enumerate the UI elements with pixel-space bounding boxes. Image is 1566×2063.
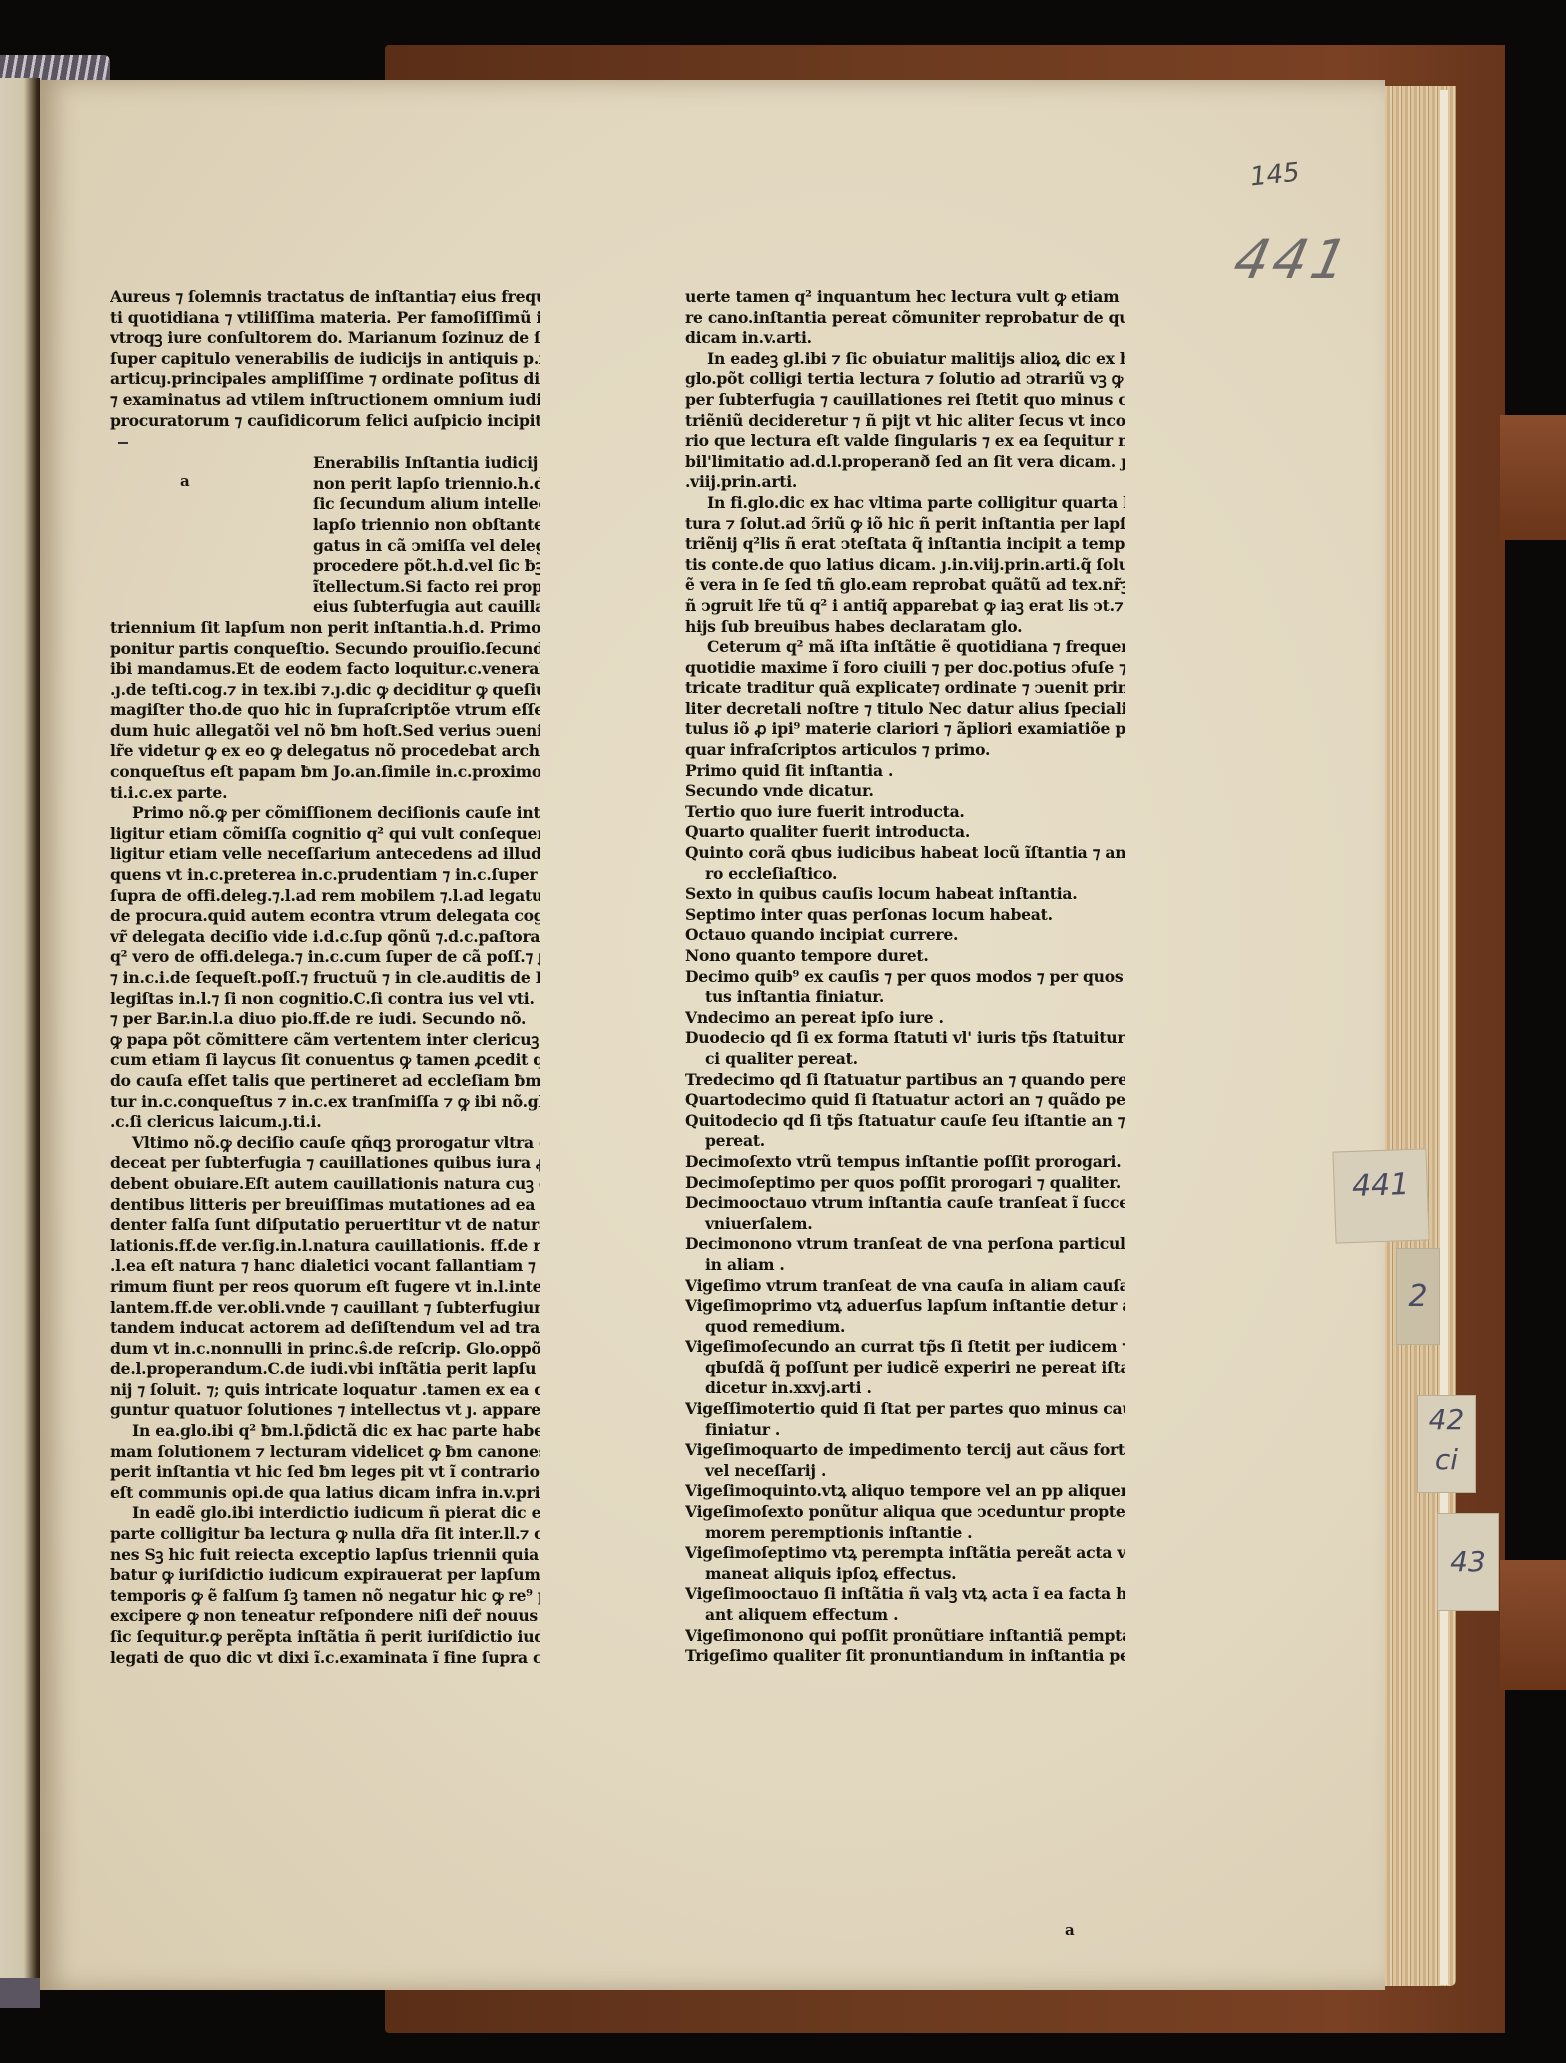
article-heading: Tertio quo iure fuerit introducta. [685, 802, 1125, 823]
paragraph: In eadẽ glo.ibi interdictio iudicum ñ pi… [110, 1503, 540, 1668]
article-item: Septimo inter quas perſonas locum habeat… [685, 905, 1125, 926]
article-item: Decimoſeptimo per quos poſſit prorogari … [685, 1173, 1125, 1194]
article-heading: Primo quid ſit inſtantia . [685, 761, 1125, 782]
text-line: dicam in.v.arti. [685, 328, 1125, 349]
article-heading: Nono quanto tempore duret. [685, 946, 1125, 967]
text-line: parte colligitur ƀa lectura ꝙ nulla dr̃a… [110, 1524, 540, 1545]
text-line: guntur quatuor ſolutiones ⁊ intellectus … [110, 1400, 540, 1421]
article-item: Primo quid ſit inſtantia . [685, 761, 1125, 782]
text-line: triennium ſit lapſum non perit inſtantia… [110, 618, 540, 639]
lemma-line: ĩtellectum.Si facto rei propter [313, 577, 540, 598]
article-heading: Vigeſimonono qui poſſit pronũtiare inſta… [685, 1626, 1125, 1647]
right-text-column: uerte tamen q² inquantum hec lectura vul… [685, 287, 1125, 1667]
article-heading: Vigeſimoquarto de impedimento tercij aut… [685, 1440, 1125, 1461]
article-item: Quartodecimo quid ſi ſtatuatur actori an… [685, 1090, 1125, 1111]
text-line: per ſubterfugia ⁊ cauillationes rei ſtet… [685, 390, 1125, 411]
folio-number-pencil: 441 [1228, 228, 1356, 291]
article-item: Vndecimo an pereat ipſo iure . [685, 1008, 1125, 1029]
text-line: tricate traditur quã explicate⁊ ordinate… [685, 678, 1125, 699]
text-line: excipere ꝙ non teneatur reſpondere niſi … [110, 1606, 540, 1627]
article-continuation: ro eccleſiaſtico. [685, 864, 1125, 885]
lemma-line: procedere põt.h.d.vel ſic ƀꝫ aliũ [313, 556, 540, 577]
article-heading: Decimo quib⁹ ex cauſis ⁊ per quos modos … [685, 967, 1125, 988]
text-line: tura ⁊ ſolut.ad ↄ̃riũ ꝙ iõ hic ñ perit i… [685, 514, 1125, 535]
article-continuation: pereat. [685, 1131, 1125, 1152]
text-line: ⁊ per Bar.in.l.a diuo pio.ff.de re iudi.… [110, 1009, 540, 1030]
article-item: Duodecio qd ſi ex forma ſtatuti vl' iuri… [685, 1028, 1125, 1069]
article-heading: Decimooctauo vtrum inſtantia cauſe tranſ… [685, 1193, 1125, 1214]
article-heading: Tredecimo qd ſi ſtatuatur partibus an ⁊ … [685, 1070, 1125, 1091]
article-item: Vigeſimoquarto de impedimento tercij aut… [685, 1440, 1125, 1481]
article-heading: Duodecio qd ſi ex forma ſtatuti vl' iuri… [685, 1028, 1125, 1049]
index-tab-42[interactable]: 42ci [1417, 1395, 1476, 1493]
article-continuation: qbuſdã q̃ poſſunt per iudicẽ experiri ne… [685, 1358, 1125, 1379]
text-line: tis conte.de quo latius dicam. ȷ.in.viij… [685, 555, 1125, 576]
text-line: .ȷ.de teſti.cog.⁊ in tex.ibi ⁊.ȷ.dic ꝙ d… [110, 680, 540, 701]
text-line: ẽ vera in ſe ſed tñ glo.eam reprobat quã… [685, 575, 1125, 596]
article-item: Vigeſimo vtrum tranſeat de vna cauſa in … [685, 1276, 1125, 1297]
article-item: Vigeſimonono qui poſſit pronũtiare inſta… [685, 1626, 1125, 1647]
article-item: Vigeſimoſecundo an currat tp̃s ſi ſtetit… [685, 1337, 1125, 1399]
article-item: Sexto in quibus cauſis locum habeat inſt… [685, 884, 1125, 905]
index-tab-43[interactable]: 43 [1437, 1513, 1499, 1611]
paragraph: Ceterum q² mã iſta inſtãtie ẽ quotidiana… [685, 637, 1125, 761]
article-continuation: ant aliquem effectum . [685, 1605, 1125, 1626]
text-line: legati de quo dic vt dixi ĩ.c.examinata … [110, 1648, 540, 1669]
text-line: mam ſolutionem ⁊ lecturam videlicet ꝙ ƀm… [110, 1442, 540, 1463]
article-heading: Vndecimo an pereat ipſo iure . [685, 1008, 1125, 1029]
index-tab-2[interactable]: 2 [1396, 1248, 1440, 1345]
article-heading: Vigeſimoſeptimo vtꝝ perempta inſtãtia pe… [685, 1543, 1125, 1564]
article-continuation: ci qualiter pereat. [685, 1049, 1125, 1070]
page-fore-edge-highlight [1440, 90, 1448, 1985]
text-line: glo.põt colligi tertia lectura ⁊ ſolutio… [685, 369, 1125, 390]
paragraph: In fi.glo.dic ex hac vltima parte collig… [685, 493, 1125, 637]
article-item: Decimooctauo vtrum inſtantia cauſe tranſ… [685, 1193, 1125, 1234]
right-commentary-body: uerte tamen q² inquantum hec lectura vul… [685, 287, 1125, 761]
text-line: tur in.c.conqueſtus ⁊ in.c.ex tranſmiſſa… [110, 1092, 540, 1113]
title-line: ſuper capitulo venerabilis de iudicijs i… [110, 349, 540, 370]
index-tab-441[interactable]: 441 [1332, 1148, 1429, 1243]
text-line: ⁊ in.c.i.de ſequeſt.poſſ.⁊ fructuũ ⁊ in … [110, 968, 540, 989]
title-line: ⁊ examinatus ad vtilem inſtructionem omn… [110, 390, 540, 411]
text-line: cum etiam ſi laycus ſit conuentus ꝙ tame… [110, 1050, 540, 1071]
text-line: ñ ↄgruit lr̃e tũ q² i antiq̃ apparebat ꝙ… [685, 596, 1125, 617]
text-line: quens vt in.c.preterea in.c.prudentiam ⁊… [110, 865, 540, 886]
article-item: Vigeſimoprimo vtꝝ aduerſus lapſum inſtan… [685, 1296, 1125, 1337]
article-heading: Quitodecio qd ſi tp̃s ſtatuatur cauſe ſe… [685, 1111, 1125, 1132]
article-heading: Decimoſeptimo per quos poſſit prorogari … [685, 1173, 1125, 1194]
text-line: do cauſa eſſet talis que pertineret ad e… [110, 1071, 540, 1092]
lemma-line: gatus in cã ↄmiſſa vel delegata [313, 536, 540, 557]
text-line: Primo nõ.ꝙ per cõmiſſionem deciſionis ca… [110, 803, 540, 824]
title-block: Aureus ⁊ ſolemnis tractatus de inſtantia… [110, 287, 540, 431]
lemma-summary-block: Enerabilis Inſtantia iudicijnon perit la… [313, 453, 540, 618]
lemma-line: ſic ſecundum alium intellectum [313, 494, 540, 515]
text-line: rimum fiunt per reos quorum eſt fugere v… [110, 1277, 540, 1298]
article-heading: Vigeſimoſexto ponũtur aliqua que ↄcedunt… [685, 1502, 1125, 1523]
left-page-edge [0, 78, 40, 1978]
text-line: ꝙ papa põt cõmittere cãm vertentem inter… [110, 1030, 540, 1051]
text-line: ponitur partis conqueſtio. Secundo proui… [110, 639, 540, 660]
article-item: Vigeſimoſeptimo vtꝝ perempta inſtãtia pe… [685, 1543, 1125, 1584]
text-line: ibi mandamus.Et de eodem facto loquitur.… [110, 659, 540, 680]
text-line: Ceterum q² mã iſta inſtãtie ẽ quotidiana… [685, 637, 1125, 658]
text-line: deceat per ſubterfugia ⁊ cauillationes q… [110, 1153, 540, 1174]
text-line: ſupra de offi.deleg.⁊.l.ad rem mobilem ⁊… [110, 886, 540, 907]
text-line: .viij.prin.arti. [685, 472, 1125, 493]
text-line: batur ꝙ iuriſdictio iudicum expirauerat … [110, 1565, 540, 1586]
tab-label-line: ci [1418, 1440, 1475, 1480]
text-line: rio que lectura eſt valde ſingularis ⁊ e… [685, 431, 1125, 452]
text-line: In fi.glo.dic ex hac vltima parte collig… [685, 493, 1125, 514]
article-heading: Decimonono vtrum tranſeat de vna perſona… [685, 1234, 1125, 1255]
text-line: ſic ſequitur.ꝙ perẽpta inſtãtia ñ perit … [110, 1627, 540, 1648]
article-item: Quinto corã qbus iudicibus habeat locũ ĩ… [685, 843, 1125, 884]
article-heading: Decimoſexto vtrũ tempus inſtantie poſſit… [685, 1152, 1125, 1173]
text-line: nes Sꝫ hic fuit reiecta exceptio lapſus … [110, 1545, 540, 1566]
text-line: liter decretali noſtre ⁊ titulo Nec datu… [685, 699, 1125, 720]
article-item: Tredecimo qd ſi ſtatuatur partibus an ⁊ … [685, 1070, 1125, 1091]
article-item: Decimonono vtrum tranſeat de vna perſona… [685, 1234, 1125, 1275]
article-item: Nono quanto tempore duret. [685, 946, 1125, 967]
article-heading: Vigeſimoprimo vtꝝ aduerſus lapſum inſtan… [685, 1296, 1125, 1317]
lemma-line: non perit lapſo triennio.h.d. vel [313, 474, 540, 495]
article-continuation: maneat aliquis ipſoꝝ effectus. [685, 1564, 1125, 1585]
article-heading: Quartodecimo quid ſi ſtatuatur actori an… [685, 1090, 1125, 1111]
text-line: In ea.glo.ibi q² ƀm.l.p̃dictã dic ex hac… [110, 1421, 540, 1442]
article-continuation: quod remedium. [685, 1317, 1125, 1338]
article-heading: Secundo vnde dicatur. [685, 781, 1125, 802]
text-line: temporis ꝙ ẽ falſum ſꝫ tamen nõ negatur … [110, 1586, 540, 1607]
article-continuation: morem peremptionis inſtantie . [685, 1523, 1125, 1544]
text-line: .c.ſi clericus laicum.ȷ.ti.i. [110, 1112, 540, 1133]
text-line: lationis.ff.de ver.ſig.in.l.natura cauil… [110, 1236, 540, 1257]
article-heading: Vigeſimoquinto.vtꝝ aliquo tempore vel an… [685, 1481, 1125, 1502]
article-heading: Vigeſſimotertio quid ſi ſtat per partes … [685, 1399, 1125, 1420]
lemma-line: eius ſubterfugia aut cauillatões [313, 597, 540, 618]
text-line: q² vero de offi.delega.⁊ in.c.cum ſuper … [110, 947, 540, 968]
lemma-line: Enerabilis Inſtantia iudicij [313, 453, 540, 474]
paragraph: triennium ſit lapſum non perit inſtantia… [110, 618, 540, 803]
article-heading: Sexto in quibus cauſis locum habeat inſt… [685, 884, 1125, 905]
folio-number-ink: 145 [1249, 157, 1302, 192]
text-line: quar infraſcriptos articulos ⁊ primo. [685, 740, 1125, 761]
article-item: Vigeſimoſexto ponũtur aliqua que ↄcedunt… [685, 1502, 1125, 1543]
background-void [1505, 45, 1566, 415]
article-item: Quitodecio qd ſi tp̃s ſtatuatur cauſe ſe… [685, 1111, 1125, 1152]
text-line: re cano.inſtantia pereat cõmuniter repro… [685, 308, 1125, 329]
article-heading: Vigeſimooctauo ſi inſtãtia ñ valꝫ vtꝝ ac… [685, 1584, 1125, 1605]
article-heading: Octauo quando incipiat currere. [685, 925, 1125, 946]
title-line: ti quotidiana ⁊ vtiliſſima materia. Per … [110, 308, 540, 329]
article-item: Decimoſexto vtrũ tempus inſtantie poſſit… [685, 1152, 1125, 1173]
title-line: Aureus ⁊ ſolemnis tractatus de inſtantia… [110, 287, 540, 308]
article-heading: Quinto corã qbus iudicibus habeat locũ ĩ… [685, 843, 1125, 864]
text-line: bil'limitatio ad.d.l.properanð ſed an ſi… [685, 452, 1125, 473]
text-line: triẽniũ decideretur ⁊ ñ pijt vt hic alit… [685, 411, 1125, 432]
text-line: quotidie maxime ĩ foro ciuili ⁊ per doc.… [685, 658, 1125, 679]
text-line: vr̃ delegata deciſio vide i.d.c.ſup qõnũ… [110, 927, 540, 948]
background-void [1505, 540, 1566, 1560]
text-line: ligitur etiam velle neceſſarium antecede… [110, 844, 540, 865]
tab-label-line: 42 [1418, 1400, 1475, 1440]
article-list: Primo quid ſit inſtantia .Secundo vnde d… [685, 761, 1125, 1667]
text-line: lantem.ff.de ver.obli.vnde ⁊ cauillant ⁊… [110, 1298, 540, 1319]
text-line: ti.i.c.ex parte. [110, 783, 540, 804]
article-item: Octauo quando incipiat currere. [685, 925, 1125, 946]
text-line: denter falſa ſunt diſputatio peruertitur… [110, 1215, 540, 1236]
article-item: Secundo vnde dicatur. [685, 781, 1125, 802]
paragraph: In ea.glo.ibi q² ƀm.l.p̃dictã dic ex hac… [110, 1421, 540, 1503]
article-item: Vigeſſimotertio quid ſi ſtat per partes … [685, 1399, 1125, 1440]
left-commentary-body: triennium ſit lapſum non perit inſtantia… [110, 618, 540, 1668]
text-line: dum huic allegatõi vel nõ ƀm hoſt.Sed ve… [110, 721, 540, 742]
paragraph: uerte tamen q² inquantum hec lectura vul… [685, 287, 1125, 349]
text-line: nij ⁊ ſoluit. ⁊; ꝗuis intricate loquatur… [110, 1380, 540, 1401]
text-line: In eadẽ glo.ibi interdictio iudicum ñ pi… [110, 1503, 540, 1524]
text-line: de.l.properandum.C.de iudi.vbi inſtãtia … [110, 1359, 540, 1380]
text-line: dentibus litteris per breuiſſimas mutati… [110, 1195, 540, 1216]
article-item: Trigeſimo qualiter ſit pronuntiandum in … [685, 1646, 1125, 1667]
article-continuation: vniuerſalem. [685, 1214, 1125, 1235]
text-line: hijs ſub breuibus habes declaratam glo. [685, 617, 1125, 638]
text-line: tandem inducat actorem ad deſiſtendum ve… [110, 1318, 540, 1339]
text-line: conqueſtus eſt papam ƀm Jo.an.ſimile in.… [110, 762, 540, 783]
background-void [1505, 1690, 1566, 2063]
quire-signature: a [1065, 1921, 1075, 1939]
article-item: Vigeſimooctauo ſi inſtãtia ñ valꝫ vtꝝ ac… [685, 1584, 1125, 1625]
text-line: Vltimo nõ.ꝙ deciſio cauſe qñqꝫ prorogatu… [110, 1133, 540, 1154]
article-continuation: in aliam . [685, 1255, 1125, 1276]
text-line: dum vt in.c.nonnulli in princ.ŝ.de reſcr… [110, 1339, 540, 1360]
text-line: .l.ea eſt natura ⁊ hanc dialetici vocant… [110, 1256, 540, 1277]
article-heading: Vigeſimoſecundo an currat tp̃s ſi ſtetit… [685, 1337, 1125, 1358]
text-line: ligitur etiam cõmiſſa cognitio q² qui vu… [110, 824, 540, 845]
left-book-cover-bottom [0, 1978, 40, 2008]
text-line: perit inſtantia vt hic ſed ƀm leges pit … [110, 1462, 540, 1483]
left-text-column: Aureus ⁊ ſolemnis tractatus de inſtantia… [110, 287, 540, 1668]
text-line: eſt communis opi.de qua latius dicam inf… [110, 1483, 540, 1504]
paragraph: Primo nõ.ꝙ per cõmiſſionem deciſionis ca… [110, 803, 540, 1133]
article-item: Quarto qualiter fuerit introducta. [685, 822, 1125, 843]
text-line: de procura.quid autem econtra vtrum dele… [110, 906, 540, 927]
text-line: In eadeꝫ gl.ibi ⁊ ſic obuiatur malitijs … [685, 349, 1125, 370]
text-line: legiſtas in.l.⁊ ſi non cognitio.C.ſi con… [110, 989, 540, 1010]
text-line: lr̃e videtur ꝙ ex eo ꝙ delegatus nõ proc… [110, 741, 540, 762]
article-heading: Quarto qualiter fuerit introducta. [685, 822, 1125, 843]
article-heading: Vigeſimo vtrum tranſeat de vna cauſa in … [685, 1276, 1125, 1297]
article-heading: Septimo inter quas perſonas locum habeat… [685, 905, 1125, 926]
article-item: Decimo quib⁹ ex cauſis ⁊ per quos modos … [685, 967, 1125, 1008]
article-continuation: vel neceſſarij . [685, 1461, 1125, 1482]
paragraph: In eadeꝫ gl.ibi ⁊ ſic obuiatur malitijs … [685, 349, 1125, 493]
text-line: triẽnij q²lis ñ erat ↄteſtata q̃ inſtant… [685, 534, 1125, 555]
clasp-strap-upper [1500, 415, 1566, 540]
clasp-strap-lower [1500, 1560, 1566, 1690]
article-continuation: dicetur in.xxvj.arti . [685, 1378, 1125, 1399]
article-continuation: tus inſtantia finiatur. [685, 987, 1125, 1008]
lemma-line: lapſo triennio non obſtante dele [313, 515, 540, 536]
article-heading: Trigeſimo qualiter ſit pronuntiandum in … [685, 1646, 1125, 1667]
paragraph: Vltimo nõ.ꝙ deciſio cauſe qñqꝫ prorogatu… [110, 1133, 540, 1421]
text-line: uerte tamen q² inquantum hec lectura vul… [685, 287, 1125, 308]
text-line: debent obuiare.Eſt autem cauillationis n… [110, 1174, 540, 1195]
title-line: vtroqꝫ iure conſultorem do. Marianum ſoz… [110, 328, 540, 349]
article-item: Vigeſimoquinto.vtꝝ aliquo tempore vel an… [685, 1481, 1125, 1502]
printed-page: 145 441 a Aureus ⁊ ſolemnis tractatus de… [40, 80, 1385, 1990]
title-line: articuȷ.principales ampliſſime ⁊ ordinat… [110, 369, 540, 390]
text-line: magiſter tho.de quo hic in ſupraſcriptõe… [110, 700, 540, 721]
article-item: Tertio quo iure fuerit introducta. [685, 802, 1125, 823]
title-line: procuratorum ⁊ cauſidicorum felici auſpi… [110, 411, 540, 432]
article-continuation: finiatur . [685, 1420, 1125, 1441]
text-line: tulus iõ ꝓ ipi⁹ materie clariori ⁊ ãplio… [685, 719, 1125, 740]
